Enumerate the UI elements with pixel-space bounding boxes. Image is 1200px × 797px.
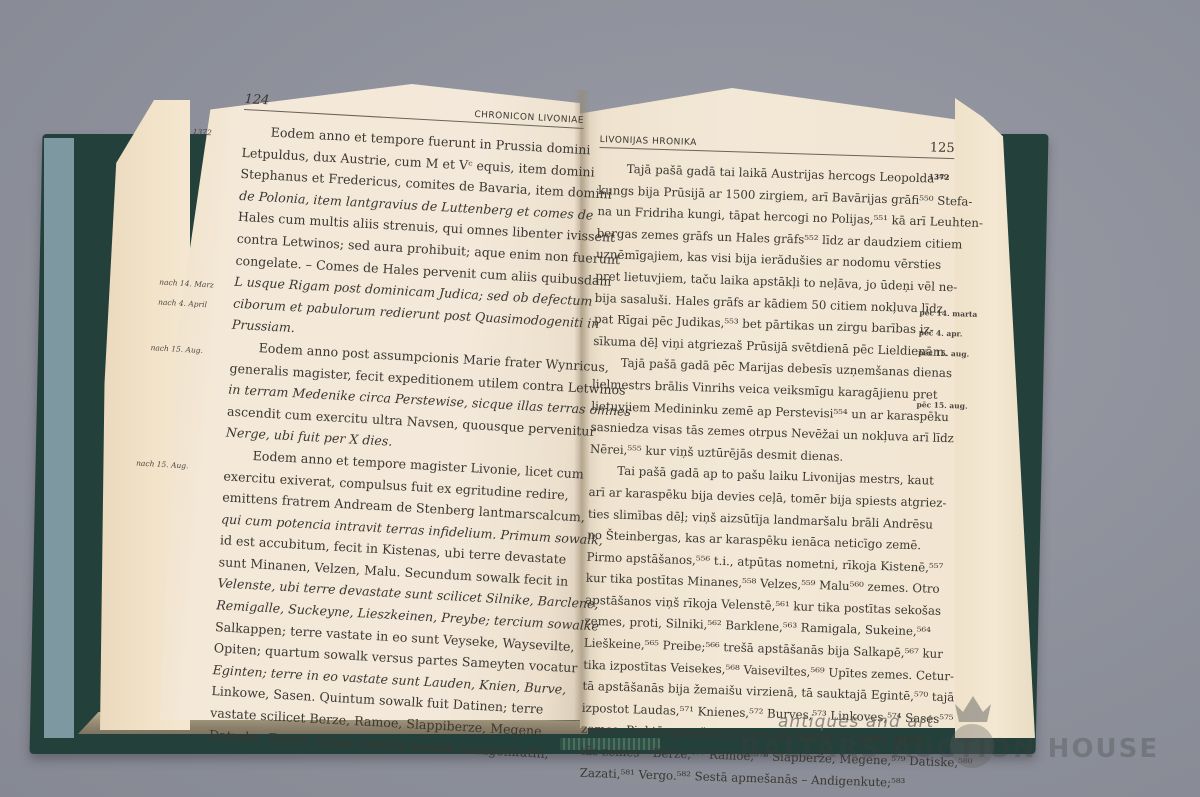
page-number: 125	[930, 140, 955, 156]
paragraph: Eodem anno et tempore magister Livonie, …	[208, 443, 564, 764]
paragraph: Eodem anno post assumpcionis Marie frate…	[225, 336, 570, 463]
right-page-text: LIVONIJAS HRONIKA 125 1372 pēc 14. marta…	[579, 130, 919, 794]
running-head-title: CHRONICON LIVONIAE	[474, 110, 584, 126]
paragraph: Tai pašā gadā ap to pašu laiku Livonijas…	[579, 460, 909, 794]
page-number: 124	[244, 92, 270, 108]
paragraph: Eodem anno et tempore fuerunt in Prussia…	[231, 120, 583, 355]
left-page-text: 124 CHRONICON LIVONIAE 1372 nach 14. Mar…	[208, 92, 584, 764]
cover-inner-board	[44, 138, 74, 738]
running-head-title: LIVONIJAS HRONIKA	[600, 135, 698, 148]
paragraph: Tajā pašā gadā tai laikā Austrijas herco…	[593, 158, 919, 362]
margin-note-year: 1372	[192, 127, 212, 137]
paragraph: Tajā pašā gadā pēc Marijas debesīs uzņem…	[590, 352, 913, 470]
